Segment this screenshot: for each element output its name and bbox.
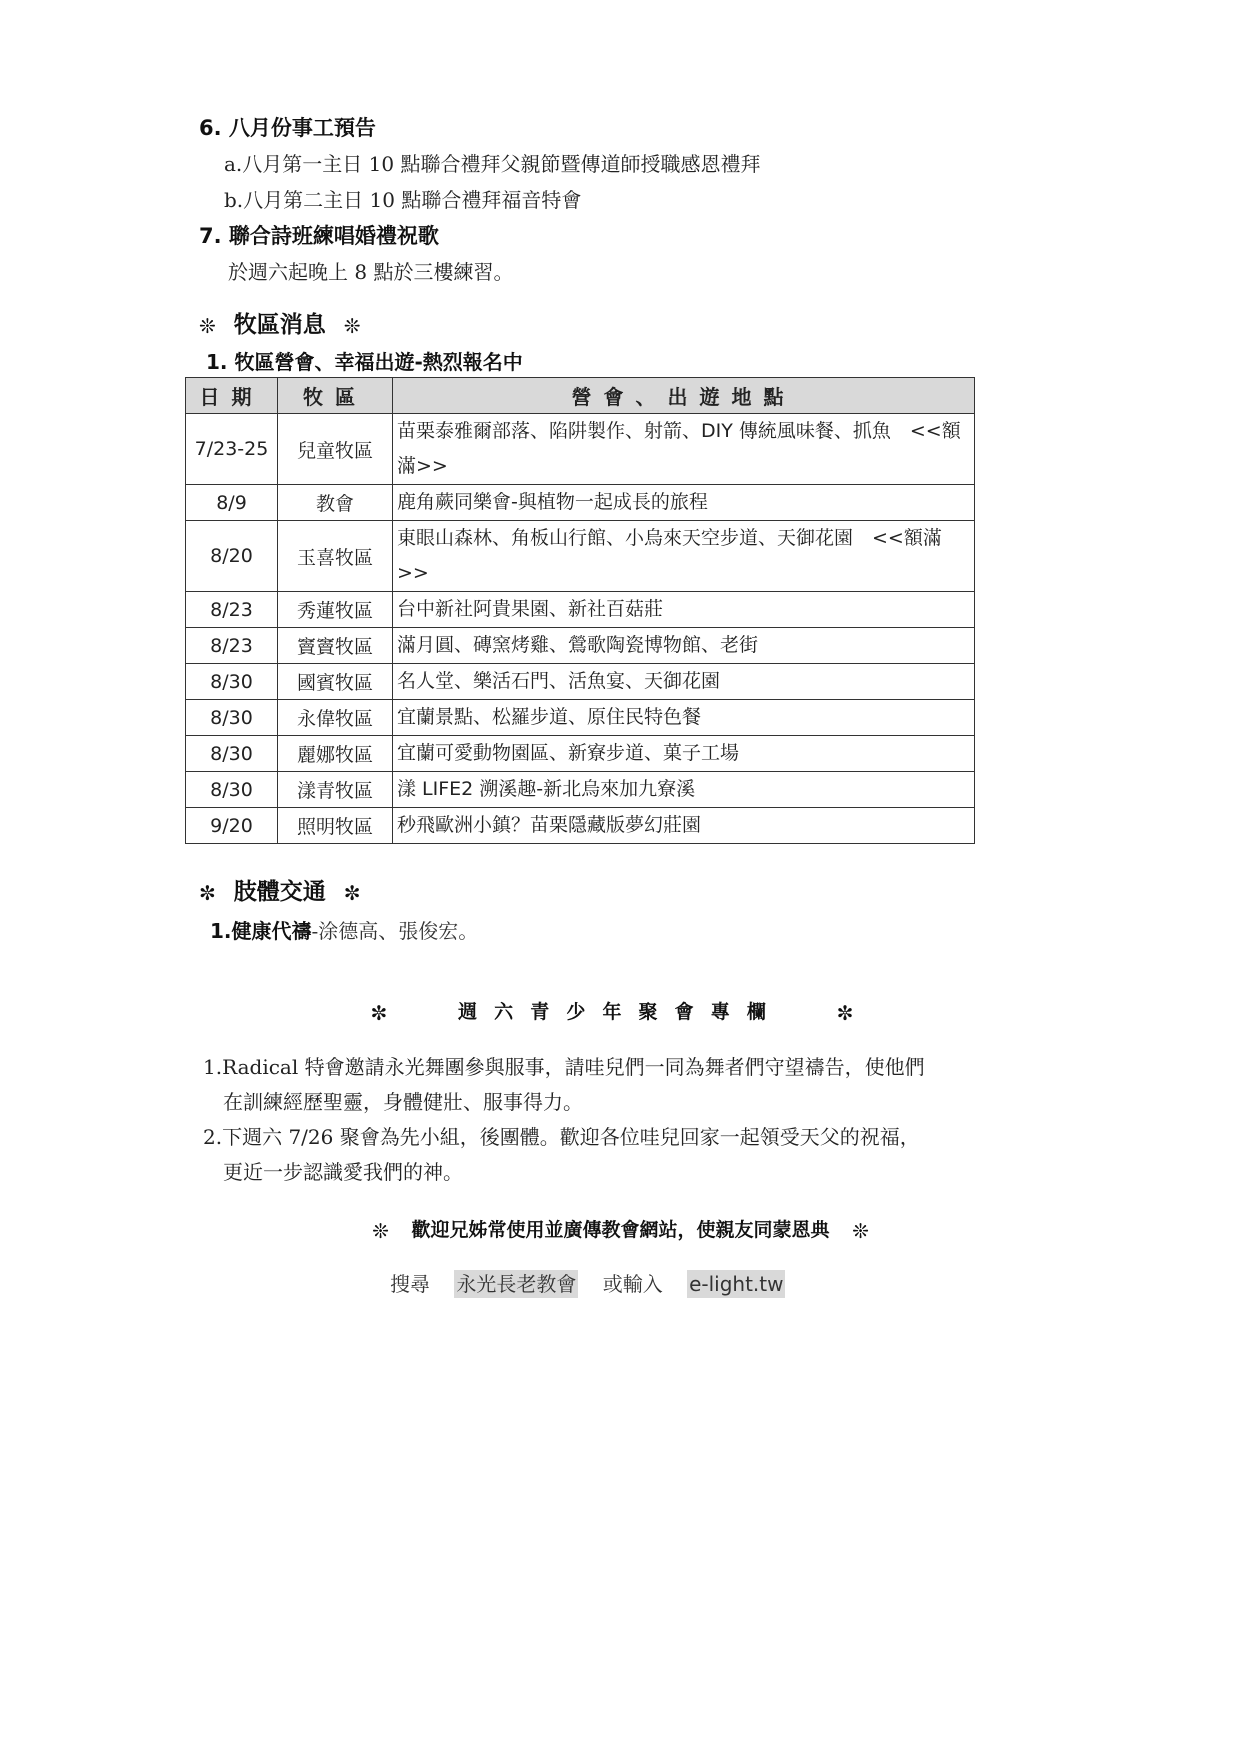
header-place: 營會、出遊地點 <box>393 378 975 414</box>
cell-date: 8/20 <box>186 521 278 592</box>
cell-district: 國賓牧區 <box>278 664 393 700</box>
youth-paragraph-1-line1: 1.Radical 特會邀請永光舞團參與服事，請哇兒們一同為舞者們守望禱告，使他… <box>203 1050 925 1085</box>
header-date: 日期 <box>186 378 278 414</box>
cell-place: 名人堂、樂活石門、活魚宴、天御花園 <box>393 664 975 700</box>
cell-place: 東眼山森林、角板山行館、小烏來天空步道、天御花園 <<額滿>> <box>393 521 975 592</box>
item6-line-a: a.八月第一主日 10 點聯合禮拜父親節暨傳道師授職感恩禮拜 <box>224 148 760 177</box>
cell-place: 台中新社阿貴果園、新社百菇莊 <box>393 592 975 628</box>
youth-paragraph-2-line1: 2.下週六 7/26 聚會為先小組，後團體。歡迎各位哇兒回家一起領受天父的祝福， <box>203 1120 920 1155</box>
asterisk-flower-icon: ❊ <box>199 314 216 338</box>
district-trip-table: 日期 牧區 營會、出遊地點 7/23-25 兒童牧區 苗栗泰雅爾部落、陷阱製作、… <box>185 377 975 844</box>
cell-place: 宜蘭可愛動物園區、新寮步道、菓子工場 <box>393 736 975 772</box>
table-row: 8/30 國賓牧區 名人堂、樂活石門、活魚宴、天御花園 <box>186 664 975 700</box>
or-text: 或輸入 <box>603 1272 663 1296</box>
district-section-heading: ❊ 牧區消息 ❊ <box>199 306 361 339</box>
table-header-row: 日期 牧區 營會、出遊地點 <box>186 378 975 414</box>
website-url-highlight[interactable]: e-light.tw <box>687 1270 785 1298</box>
website-promo-message: 歡迎兄姊常使用並廣傳教會網站，使親友同蒙恩典 <box>411 1219 829 1241</box>
table-row: 8/23 秀蓮牧區 台中新社阿貴果園、新社百菇莊 <box>186 592 975 628</box>
table-row: 9/20 照明牧區 秒飛歐洲小鎮？苗栗隱藏版夢幻莊園 <box>186 808 975 844</box>
cell-place: 鹿角蕨同樂會-與植物一起成長的旅程 <box>393 485 975 521</box>
cell-place: 秒飛歐洲小鎮？苗栗隱藏版夢幻莊園 <box>393 808 975 844</box>
search-term-highlight[interactable]: 永光長老教會 <box>454 1270 578 1298</box>
header-district: 牧區 <box>278 378 393 414</box>
cell-district: 教會 <box>278 485 393 521</box>
table-row: 8/20 玉喜牧區 東眼山森林、角板山行館、小烏來天空步道、天御花園 <<額滿>… <box>186 521 975 592</box>
cell-place: 宜蘭景點、松羅步道、原住民特色餐 <box>393 700 975 736</box>
asterisk-flower-icon: ❊ <box>372 1219 389 1243</box>
asterisk-icon: ✼ <box>344 881 361 905</box>
cell-place: 滿月圓、磚窯烤雞、鶯歌陶瓷博物館、老街 <box>393 628 975 664</box>
district-subtitle: 1. 牧區營會、幸福出遊-熱烈報名中 <box>206 346 523 375</box>
cell-date: 8/30 <box>186 736 278 772</box>
table-row: 8/30 麗娜牧區 宜蘭可愛動物園區、新寮步道、菓子工場 <box>186 736 975 772</box>
asterisk-flower-icon: ❊ <box>852 1219 869 1243</box>
cell-district: 兒童牧區 <box>278 414 393 485</box>
item6-title: 6. 八月份事工預告 <box>199 112 376 142</box>
table-row: 8/30 永偉牧區 宜蘭景點、松羅步道、原住民特色餐 <box>186 700 975 736</box>
cell-date: 7/23-25 <box>186 414 278 485</box>
cell-date: 8/30 <box>186 700 278 736</box>
search-instruction: 搜尋 永光長老教會 或輸入 e-light.tw <box>390 1268 803 1297</box>
youth-paragraph-2-line2: 更近一步認識愛我們的神。 <box>203 1155 920 1190</box>
cell-district: 竇竇牧區 <box>278 628 393 664</box>
youth-paragraph-2: 2.下週六 7/26 聚會為先小組，後團體。歡迎各位哇兒回家一起領受天父的祝福，… <box>203 1120 920 1190</box>
youth-paragraph-1-line2: 在訓練經歷聖靈，身體健壯、服事得力。 <box>203 1085 925 1120</box>
youth-paragraph-1: 1.Radical 特會邀請永光舞團參與服事，請哇兒們一同為舞者們守望禱告，使他… <box>203 1050 925 1120</box>
cell-date: 8/30 <box>186 664 278 700</box>
cell-district: 玉喜牧區 <box>278 521 393 592</box>
cell-date: 8/30 <box>186 772 278 808</box>
cell-district: 漾青牧區 <box>278 772 393 808</box>
asterisk-icon: ✼ <box>837 1001 871 1025</box>
table-row: 8/30 漾青牧區 漾 LIFE2 溯溪趣-新北烏來加九寮溪 <box>186 772 975 808</box>
table-row: 7/23-25 兒童牧區 苗栗泰雅爾部落、陷阱製作、射箭、DIY 傳統風味餐、抓… <box>186 414 975 485</box>
cell-district: 永偉牧區 <box>278 700 393 736</box>
fellowship-item: 1.健康代禱-涂德高、張俊宏。 <box>210 915 478 944</box>
cell-date: 9/20 <box>186 808 278 844</box>
cell-date: 8/9 <box>186 485 278 521</box>
fellowship-item-text: -涂德高、張俊宏。 <box>312 919 479 943</box>
cell-district: 照明牧區 <box>278 808 393 844</box>
fellowship-section-heading: ✼ 肢體交通 ✼ <box>199 873 361 906</box>
district-title: 牧區消息 <box>234 312 326 338</box>
cell-date: 8/23 <box>186 628 278 664</box>
asterisk-icon: ✼ <box>199 881 216 905</box>
table-row: 8/23 竇竇牧區 滿月圓、磚窯烤雞、鶯歌陶瓷博物館、老街 <box>186 628 975 664</box>
cell-district: 麗娜牧區 <box>278 736 393 772</box>
fellowship-title: 肢體交通 <box>234 879 326 905</box>
cell-place: 苗栗泰雅爾部落、陷阱製作、射箭、DIY 傳統風味餐、抓魚 <<額滿>> <box>393 414 975 485</box>
search-prefix: 搜尋 <box>390 1272 430 1296</box>
youth-section-heading: ✼ 週六青少年聚會專欄 ✼ <box>0 997 1241 1025</box>
cell-date: 8/23 <box>186 592 278 628</box>
table-row: 8/9 教會 鹿角蕨同樂會-與植物一起成長的旅程 <box>186 485 975 521</box>
item7-title: 7. 聯合詩班練唱婚禮祝歌 <box>199 220 439 250</box>
asterisk-flower-icon: ❊ <box>344 314 361 338</box>
item6-line-b: b.八月第二主日 10 點聯合禮拜福音特會 <box>224 184 581 213</box>
fellowship-item-label: 1.健康代禱 <box>210 919 312 943</box>
asterisk-icon: ✼ <box>370 1001 404 1025</box>
cell-place: 漾 LIFE2 溯溪趣-新北烏來加九寮溪 <box>393 772 975 808</box>
youth-title: 週六青少年聚會專欄 <box>458 1001 783 1023</box>
website-promo: ❊ 歡迎兄姊常使用並廣傳教會網站，使親友同蒙恩典 ❊ <box>0 1215 1241 1243</box>
cell-district: 秀蓮牧區 <box>278 592 393 628</box>
item7-line: 於週六起晚上 8 點於三樓練習。 <box>228 256 513 285</box>
